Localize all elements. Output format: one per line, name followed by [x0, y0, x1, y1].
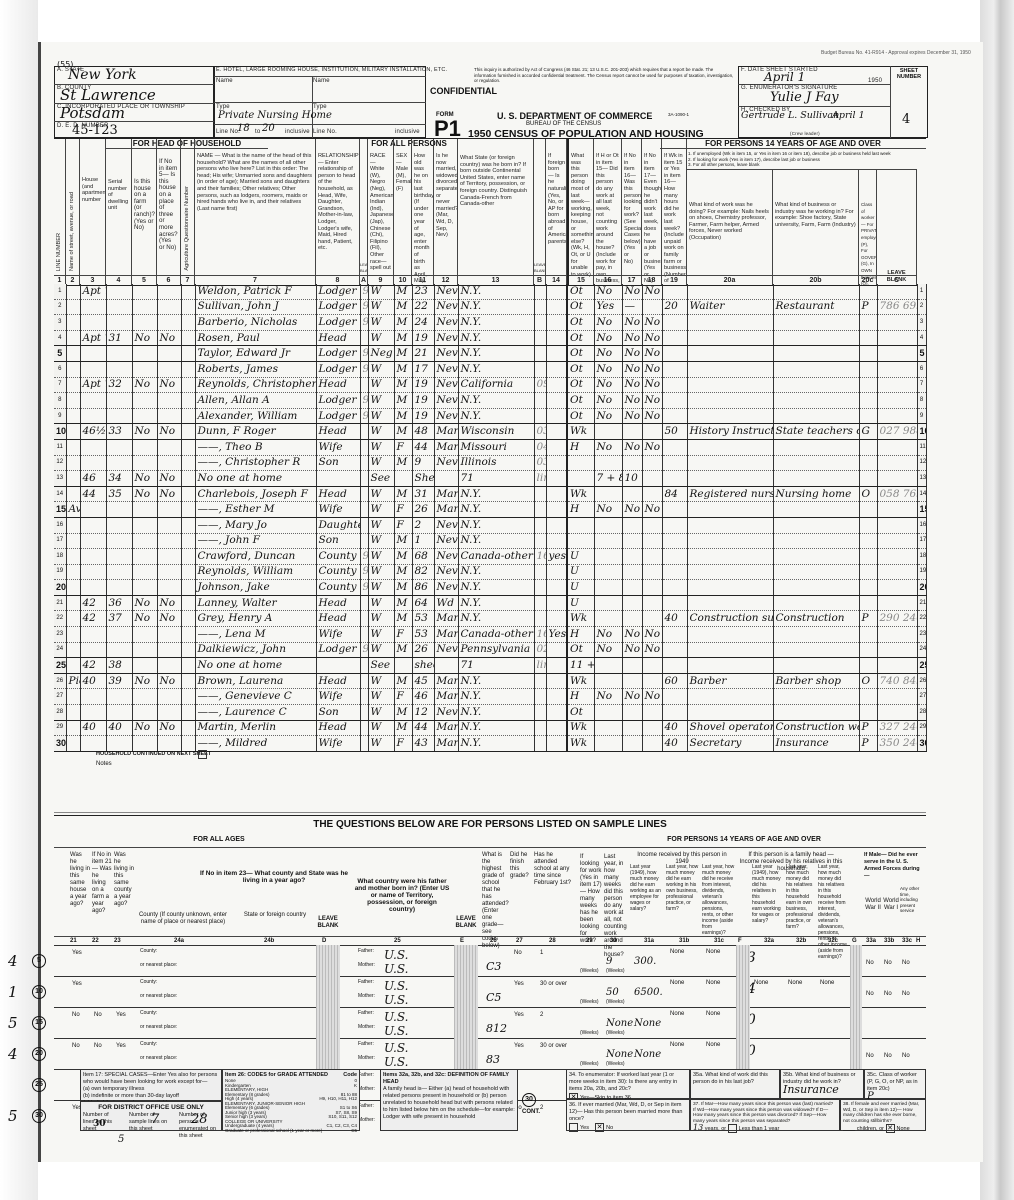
industry-cell[interactable]	[773, 549, 859, 565]
race-cell[interactable]: W	[368, 408, 394, 424]
class-of-worker-cell[interactable]	[859, 361, 877, 377]
person-name-cell[interactable]: ——, John F	[195, 533, 316, 549]
agri-questionnaire-cell[interactable]	[181, 549, 195, 565]
leave-blank-b-cell[interactable]: 161	[534, 627, 546, 643]
birthplace-cell[interactable]: N.Y.	[458, 502, 534, 518]
leave-blank-a-cell[interactable]: 9	[360, 408, 368, 424]
leave-blank-c-cell[interactable]: 290 246 1	[877, 611, 917, 627]
street-name-cell[interactable]	[66, 439, 80, 455]
activity-last-week-cell[interactable]: Ot	[567, 393, 594, 409]
leave-blank-c-cell[interactable]	[877, 564, 917, 580]
hours-worked-cell[interactable]	[662, 330, 687, 346]
naturalized-cell[interactable]	[546, 689, 567, 705]
naturalized-cell[interactable]	[546, 393, 567, 409]
age-cell[interactable]: 68	[412, 549, 434, 565]
birthplace-cell[interactable]: Wisconsin	[458, 424, 534, 440]
relationship-cell[interactable]: Head	[316, 595, 360, 611]
enumerator-signature[interactable]: Yulie J Fay	[770, 90, 839, 105]
other-service-answer[interactable]: No	[902, 991, 910, 997]
sex-cell[interactable]: M	[394, 549, 412, 565]
activity-last-week-cell[interactable]: U	[567, 564, 594, 580]
activity-last-week-cell[interactable]	[567, 471, 594, 487]
age-cell[interactable]: 17	[412, 361, 434, 377]
q38-none-checkbox[interactable]: ✕	[886, 1124, 895, 1133]
age-cell[interactable]: 45	[412, 673, 434, 689]
race-cell[interactable]: W	[368, 689, 394, 705]
hours-worked-cell[interactable]	[662, 627, 687, 643]
marital-status-cell[interactable]: Mar	[434, 720, 458, 736]
hours-worked-cell[interactable]	[662, 377, 687, 393]
other-income[interactable]: None	[706, 980, 720, 986]
industry-cell[interactable]	[773, 439, 859, 455]
ww1-answer[interactable]: No	[884, 960, 892, 966]
acres-answer-cell[interactable]	[157, 361, 181, 377]
house-number-cell[interactable]: 46½	[80, 424, 106, 440]
occupation-cell[interactable]	[687, 595, 773, 611]
leave-blank-b-cell[interactable]	[534, 408, 546, 424]
sex-cell[interactable]: M	[394, 455, 412, 471]
hours-worked-cell[interactable]: 84	[662, 486, 687, 502]
leave-blank-a-cell[interactable]: 9	[360, 549, 368, 565]
naturalized-cell[interactable]	[546, 439, 567, 455]
house-number-cell[interactable]	[80, 408, 106, 424]
person-name-cell[interactable]: Barberio, Nicholas	[195, 315, 316, 331]
activity-last-week-cell[interactable]: Ot	[567, 346, 594, 362]
race-cell[interactable]: W	[368, 439, 394, 455]
marital-status-cell[interactable]: Mar	[434, 439, 458, 455]
leave-blank-a-cell[interactable]	[360, 439, 368, 455]
sex-cell[interactable]: M	[394, 377, 412, 393]
relationship-cell[interactable]: Head	[316, 486, 360, 502]
industry-cell[interactable]	[773, 689, 859, 705]
agri-questionnaire-cell[interactable]	[181, 736, 195, 752]
birthplace-cell[interactable]: N.Y.	[458, 595, 534, 611]
leave-blank-b-cell[interactable]	[534, 611, 546, 627]
agri-questionnaire-cell[interactable]	[181, 346, 195, 362]
sex-cell[interactable]: F	[394, 517, 412, 533]
age-cell[interactable]: 48	[412, 424, 434, 440]
agri-questionnaire-cell[interactable]	[181, 611, 195, 627]
leave-blank-b-cell[interactable]	[534, 315, 546, 331]
farm-answer-cell[interactable]	[132, 564, 157, 580]
relationship-cell[interactable]: Lodger	[316, 408, 360, 424]
race-cell[interactable]: W	[368, 564, 394, 580]
street-name-cell[interactable]	[66, 455, 80, 471]
looking-for-work-cell[interactable]	[622, 486, 642, 502]
street-name-cell[interactable]	[66, 595, 80, 611]
industry-cell[interactable]	[773, 315, 859, 331]
wage-income[interactable]: None	[634, 1018, 661, 1029]
industry-cell[interactable]	[773, 455, 859, 471]
street-name-cell[interactable]: Avenue	[66, 502, 80, 518]
looking-for-work-cell[interactable]	[622, 736, 642, 752]
farm-answer-cell[interactable]	[132, 533, 157, 549]
farm-answer-cell[interactable]	[132, 346, 157, 362]
house-number-cell[interactable]	[80, 455, 106, 471]
leave-blank-c-cell[interactable]	[877, 439, 917, 455]
industry-cell[interactable]: Insurance	[773, 736, 859, 752]
occupation-cell[interactable]	[687, 377, 773, 393]
c22-answer[interactable]: No	[94, 1012, 102, 1018]
leave-blank-b-cell[interactable]: 033	[534, 455, 546, 471]
sex-cell[interactable]: M	[394, 284, 412, 299]
race-cell[interactable]: W	[368, 549, 394, 565]
industry-cell[interactable]	[773, 393, 859, 409]
industry-cell[interactable]: Barber shop	[773, 673, 859, 689]
birthplace-cell[interactable]: California	[458, 377, 534, 393]
naturalized-cell[interactable]	[546, 564, 567, 580]
age-cell[interactable]: 9	[412, 455, 434, 471]
hours-worked-cell[interactable]	[662, 393, 687, 409]
relationship-cell[interactable]	[316, 471, 360, 487]
leave-blank-c-cell[interactable]	[877, 642, 917, 658]
class-of-worker-cell[interactable]: O	[859, 673, 877, 689]
agri-questionnaire-cell[interactable]	[181, 424, 195, 440]
occupation-cell[interactable]	[687, 705, 773, 721]
race-cell[interactable]: See	[368, 471, 394, 487]
farm-answer-cell[interactable]: No	[132, 471, 157, 487]
naturalized-cell[interactable]	[546, 517, 567, 533]
person-name-cell[interactable]: Alexander, William	[195, 408, 316, 424]
occupation-cell[interactable]	[687, 564, 773, 580]
class-of-worker-cell[interactable]: O	[859, 486, 877, 502]
naturalized-cell[interactable]	[546, 377, 567, 393]
looking-for-work-cell[interactable]	[622, 549, 642, 565]
marital-status-cell[interactable]: Nev	[434, 517, 458, 533]
marital-status-cell[interactable]: Mar	[434, 689, 458, 705]
leave-blank-a-cell[interactable]	[360, 471, 368, 487]
father-birthplace[interactable]: U.S.	[384, 948, 408, 962]
birthplace-cell[interactable]: N.Y.	[458, 486, 534, 502]
leave-blank-c-cell[interactable]: 058 769 3	[877, 486, 917, 502]
farm-answer-cell[interactable]: No	[132, 611, 157, 627]
leave-blank-c-cell[interactable]	[877, 471, 917, 487]
relationship-cell[interactable]: Wife	[316, 736, 360, 752]
leave-blank-c-cell[interactable]	[877, 533, 917, 549]
agri-questionnaire-cell[interactable]	[181, 580, 195, 596]
street-name-cell[interactable]	[66, 689, 80, 705]
worked-last-week-cell[interactable]: No	[594, 439, 622, 455]
birthplace-cell[interactable]: N.Y.	[458, 533, 534, 549]
has-job-cell[interactable]	[642, 673, 662, 689]
class-of-worker-cell[interactable]: P	[859, 720, 877, 736]
leave-blank-a-cell[interactable]: 9	[360, 393, 368, 409]
industry-cell[interactable]: Construction work, road	[773, 720, 859, 736]
sex-cell[interactable]	[394, 471, 412, 487]
birthplace-cell[interactable]: N.Y.	[458, 689, 534, 705]
dwelling-serial-cell[interactable]	[106, 315, 132, 331]
hours-worked-cell[interactable]	[662, 315, 687, 331]
age-cell[interactable]: 31	[412, 486, 434, 502]
industry-cell[interactable]	[773, 580, 859, 596]
acres-answer-cell[interactable]	[157, 533, 181, 549]
has-job-cell[interactable]	[642, 611, 662, 627]
farm-answer-cell[interactable]: No	[132, 673, 157, 689]
leave-blank-a-cell[interactable]	[360, 736, 368, 752]
marital-status-cell[interactable]: Nev	[434, 346, 458, 362]
race-cell[interactable]: W	[368, 486, 394, 502]
dwelling-serial-cell[interactable]	[106, 408, 132, 424]
dwelling-serial-cell[interactable]	[106, 346, 132, 362]
birthplace-cell[interactable]: N.Y.	[458, 408, 534, 424]
looking-for-work-cell[interactable]	[622, 580, 642, 596]
has-job-cell[interactable]: No	[642, 361, 662, 377]
occupation-cell[interactable]: Secretary	[687, 736, 773, 752]
marital-status-cell[interactable]: Mar	[434, 486, 458, 502]
naturalized-cell[interactable]	[546, 642, 567, 658]
occupation-cell[interactable]	[687, 330, 773, 346]
age-cell[interactable]: 43	[412, 736, 434, 752]
house-number-cell[interactable]: Apt 7B	[80, 284, 106, 299]
leave-blank-c-cell[interactable]	[877, 658, 917, 674]
marital-status-cell[interactable]: Nev	[434, 564, 458, 580]
agri-questionnaire-cell[interactable]	[181, 361, 195, 377]
naturalized-cell[interactable]	[546, 455, 567, 471]
birthplace-cell[interactable]: N.Y.	[458, 361, 534, 377]
leave-blank-b-cell[interactable]	[534, 517, 546, 533]
activity-last-week-cell[interactable]: U	[567, 580, 594, 596]
race-cell[interactable]: W	[368, 517, 394, 533]
person-name-cell[interactable]: Roberts, James	[195, 361, 316, 377]
occupation-cell[interactable]	[687, 549, 773, 565]
relationship-cell[interactable]: Lodger	[316, 642, 360, 658]
class-of-worker-cell[interactable]	[859, 642, 877, 658]
marital-status-cell[interactable]: Nev	[434, 315, 458, 331]
leave-blank-a-cell[interactable]	[360, 627, 368, 643]
house-number-cell[interactable]	[80, 346, 106, 362]
house-number-cell[interactable]: 46	[80, 471, 106, 487]
has-job-cell[interactable]	[642, 736, 662, 752]
q37-years[interactable]: 13	[693, 1123, 703, 1132]
activity-last-week-cell[interactable]: H	[567, 689, 594, 705]
dwelling-serial-cell[interactable]	[106, 439, 132, 455]
activity-last-week-cell[interactable]: Ot	[567, 408, 594, 424]
has-job-cell[interactable]	[642, 720, 662, 736]
street-name-cell[interactable]	[66, 611, 80, 627]
naturalized-cell[interactable]	[546, 284, 567, 299]
has-job-cell[interactable]	[642, 299, 662, 315]
looking-for-work-cell[interactable]	[622, 564, 642, 580]
leave-blank-a-cell[interactable]: 9	[360, 580, 368, 596]
race-cell[interactable]: W	[368, 736, 394, 752]
worked-last-week-cell[interactable]	[594, 455, 622, 471]
grade-finished[interactable]: Yes	[514, 1012, 524, 1018]
sex-cell[interactable]: M	[394, 564, 412, 580]
leave-blank-b-cell[interactable]	[534, 736, 546, 752]
farm-answer-cell[interactable]: No	[132, 424, 157, 440]
worked-last-week-cell[interactable]	[594, 705, 622, 721]
leave-blank-c-cell[interactable]	[877, 346, 917, 362]
marital-status-cell[interactable]: Wd	[434, 595, 458, 611]
naturalized-cell[interactable]	[546, 720, 567, 736]
looking-for-work-cell[interactable]: No	[622, 284, 642, 299]
acres-answer-cell[interactable]: No	[157, 377, 181, 393]
leave-blank-b-cell[interactable]: 035	[534, 424, 546, 440]
industry-cell[interactable]	[773, 502, 859, 518]
person-name-cell[interactable]: ——, Mary Jo	[195, 517, 316, 533]
leave-blank-b-cell[interactable]	[534, 502, 546, 518]
industry-cell[interactable]	[773, 408, 859, 424]
naturalized-cell[interactable]	[546, 611, 567, 627]
business-income[interactable]: None	[670, 949, 684, 955]
class-of-worker-cell[interactable]	[859, 517, 877, 533]
dwelling-serial-cell[interactable]	[106, 642, 132, 658]
dwelling-serial-cell[interactable]	[106, 627, 132, 643]
industry-cell[interactable]	[773, 595, 859, 611]
birthplace-cell[interactable]: N.Y.	[458, 673, 534, 689]
hours-worked-cell[interactable]	[662, 580, 687, 596]
street-name-cell[interactable]	[66, 627, 80, 643]
race-cell[interactable]: W	[368, 424, 394, 440]
house-number-cell[interactable]	[80, 517, 106, 533]
father-birthplace[interactable]: U.S.	[384, 1041, 408, 1055]
leave-blank-c-cell[interactable]: 786 699 1	[877, 299, 917, 315]
occupation-cell[interactable]: History Instructor	[687, 424, 773, 440]
age-cell[interactable]: 22	[412, 299, 434, 315]
person-name-cell[interactable]: ——, Genevieve C	[195, 689, 316, 705]
naturalized-cell[interactable]	[546, 658, 567, 674]
marital-status-cell[interactable]: Nev	[434, 377, 458, 393]
naturalized-cell[interactable]: yes	[546, 549, 567, 565]
relationship-cell[interactable]: Wife	[316, 439, 360, 455]
has-job-cell[interactable]	[642, 564, 662, 580]
leave-blank-c-cell[interactable]	[877, 315, 917, 331]
worked-last-week-cell[interactable]	[594, 533, 622, 549]
looking-for-work-cell[interactable]: 10	[622, 471, 642, 487]
other-income[interactable]: None	[706, 1042, 720, 1048]
has-job-cell[interactable]: No	[642, 689, 662, 705]
class-of-worker-cell[interactable]	[859, 705, 877, 721]
worked-last-week-cell[interactable]: No	[594, 284, 622, 299]
looking-for-work-cell[interactable]: No	[622, 642, 642, 658]
birthplace-cell[interactable]: N.Y.	[458, 393, 534, 409]
leave-blank-c-cell[interactable]	[877, 330, 917, 346]
agri-questionnaire-cell[interactable]	[181, 408, 195, 424]
marital-status-cell[interactable]: Nev	[434, 284, 458, 299]
birthplace-cell[interactable]: N.Y.	[458, 611, 534, 627]
naturalized-cell[interactable]	[546, 502, 567, 518]
birthplace-cell[interactable]: Canada-other	[458, 549, 534, 565]
father-birthplace[interactable]: U.S.	[384, 1010, 408, 1024]
relationship-cell[interactable]	[316, 658, 360, 674]
person-name-cell[interactable]: No one at home	[195, 658, 316, 674]
industry-cell[interactable]	[773, 330, 859, 346]
relationship-cell[interactable]: Head	[316, 424, 360, 440]
occupation-cell[interactable]	[687, 502, 773, 518]
activity-last-week-cell[interactable]: Ot	[567, 642, 594, 658]
sex-cell[interactable]: M	[394, 720, 412, 736]
leave-blank-a-cell[interactable]: 9	[360, 284, 368, 299]
occupation-cell[interactable]: Waiter	[687, 299, 773, 315]
acres-answer-cell[interactable]	[157, 455, 181, 471]
naturalized-cell[interactable]	[546, 580, 567, 596]
has-job-cell[interactable]	[642, 549, 662, 565]
relationship-cell[interactable]: County ward	[316, 580, 360, 596]
worked-last-week-cell[interactable]: No	[594, 346, 622, 362]
sex-cell[interactable]: M	[394, 346, 412, 362]
leave-blank-b-cell[interactable]	[534, 284, 546, 299]
dwelling-serial-cell[interactable]	[106, 284, 132, 299]
ed-number[interactable]: 45-123	[72, 123, 118, 138]
leave-blank-b-cell[interactable]: lines	[534, 471, 546, 487]
looking-for-work-cell[interactable]: No	[622, 361, 642, 377]
house-number-cell[interactable]	[80, 315, 106, 331]
looking-for-work-cell[interactable]: No	[622, 393, 642, 409]
person-name-cell[interactable]: ——, Christopher R	[195, 455, 316, 471]
naturalized-cell[interactable]	[546, 424, 567, 440]
dwelling-serial-cell[interactable]	[106, 299, 132, 315]
worked-last-week-cell[interactable]: No	[594, 361, 622, 377]
agri-questionnaire-cell[interactable]	[181, 564, 195, 580]
street-name-cell[interactable]	[66, 642, 80, 658]
industry-cell[interactable]	[773, 642, 859, 658]
has-job-cell[interactable]: No	[642, 642, 662, 658]
ww1-answer[interactable]: No	[884, 1053, 892, 1059]
has-job-cell[interactable]: No	[642, 502, 662, 518]
grade-attended[interactable]: C5	[486, 991, 501, 1004]
c21-answer[interactable]: Yes	[72, 950, 82, 956]
birthplace-cell[interactable]: N.Y.	[458, 736, 534, 752]
house-number-cell[interactable]	[80, 393, 106, 409]
dwelling-serial-cell[interactable]	[106, 361, 132, 377]
sex-cell[interactable]: M	[394, 486, 412, 502]
street-name-cell[interactable]	[66, 564, 80, 580]
leave-blank-a-cell[interactable]	[360, 330, 368, 346]
leave-blank-a-cell[interactable]	[360, 705, 368, 721]
worked-last-week-cell[interactable]	[594, 611, 622, 627]
looking-for-work-cell[interactable]: —	[622, 299, 642, 315]
farm-answer-cell[interactable]	[132, 361, 157, 377]
house-number-cell[interactable]	[80, 502, 106, 518]
age-cell[interactable]: 23	[412, 284, 434, 299]
agri-questionnaire-cell[interactable]	[181, 502, 195, 518]
agri-questionnaire-cell[interactable]	[181, 471, 195, 487]
agri-questionnaire-cell[interactable]	[181, 705, 195, 721]
marital-status-cell[interactable]: Nev	[434, 455, 458, 471]
house-number-cell[interactable]: 42	[80, 658, 106, 674]
person-name-cell[interactable]: Johnson, Jake	[195, 580, 316, 596]
has-job-cell[interactable]	[642, 455, 662, 471]
class-of-worker-cell[interactable]	[859, 627, 877, 643]
looking-for-work-cell[interactable]: No	[622, 377, 642, 393]
farm-answer-cell[interactable]: No	[132, 720, 157, 736]
class-of-worker-cell[interactable]	[859, 315, 877, 331]
naturalized-cell[interactable]	[546, 471, 567, 487]
birthplace-cell[interactable]: 71	[458, 658, 534, 674]
marital-status-cell[interactable]: Nev	[434, 580, 458, 596]
house-number-cell[interactable]: Apt 7D	[80, 377, 106, 393]
place-value[interactable]: Potsdam	[60, 104, 125, 122]
farm-answer-cell[interactable]	[132, 408, 157, 424]
acres-answer-cell[interactable]	[157, 439, 181, 455]
sex-cell[interactable]: M	[394, 533, 412, 549]
house-number-cell[interactable]	[80, 299, 106, 315]
relatives-business[interactable]: None	[788, 980, 802, 986]
acres-answer-cell[interactable]	[157, 393, 181, 409]
farm-answer-cell[interactable]	[132, 658, 157, 674]
person-name-cell[interactable]: ——, Mildred	[195, 736, 316, 752]
leave-blank-a-cell[interactable]	[360, 377, 368, 393]
agri-questionnaire-cell[interactable]	[181, 517, 195, 533]
agri-questionnaire-cell[interactable]	[181, 455, 195, 471]
house-number-cell[interactable]	[80, 533, 106, 549]
leave-blank-a-cell[interactable]	[360, 502, 368, 518]
farm-answer-cell[interactable]	[132, 455, 157, 471]
farm-answer-cell[interactable]	[132, 705, 157, 721]
relationship-cell[interactable]: Head	[316, 673, 360, 689]
line-from-value[interactable]: 18	[237, 123, 250, 134]
occupation-cell[interactable]	[687, 517, 773, 533]
